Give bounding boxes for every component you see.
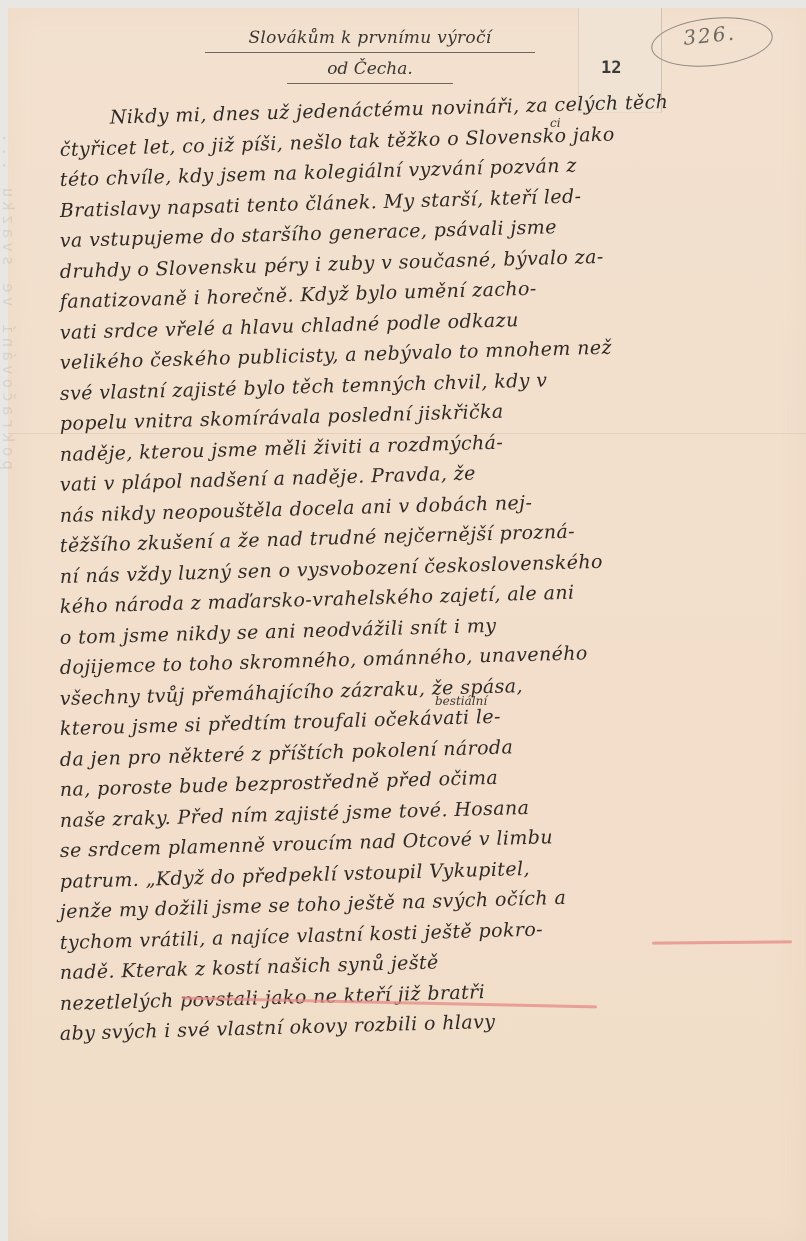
archive-number: 326.: [682, 21, 737, 50]
page-number-label: 12: [601, 58, 621, 78]
interlinear-insertion: bestiální: [435, 694, 487, 708]
handwritten-body: Nikdy mi, dnes už jedenáctému novináři, …: [60, 108, 790, 1054]
interlinear-insertion: ci: [550, 116, 561, 130]
title-line-1: Slovákům k prvnímu výročí: [205, 28, 535, 53]
title-line-2: od Čecha.: [287, 59, 453, 84]
document-title: Slovákům k prvnímu výročí od Čecha.: [205, 28, 535, 84]
bleed-through-text: pokračování ve svazku ...: [0, 129, 18, 470]
